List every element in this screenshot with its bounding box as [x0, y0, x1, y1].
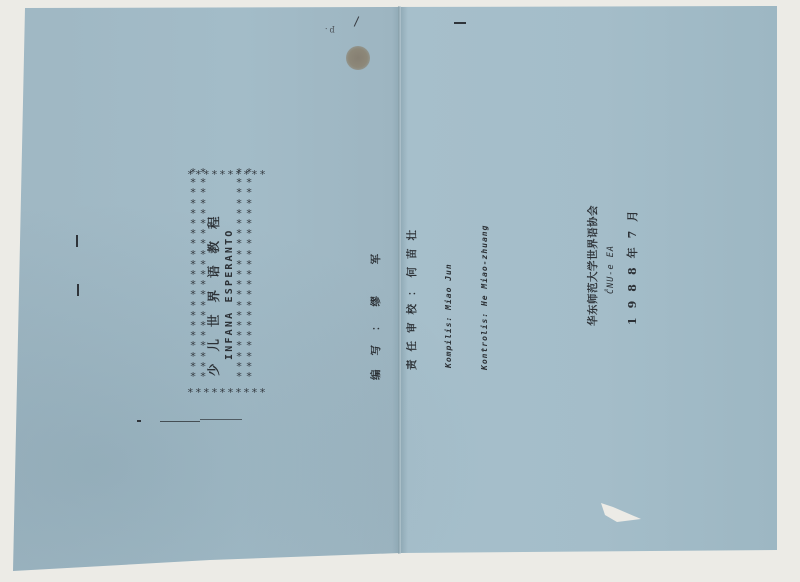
- margin-mark: [137, 420, 141, 422]
- publisher: 华东师范大学世界语协会: [585, 205, 600, 326]
- publisher-abbreviation: ĈNU-e EA: [606, 245, 616, 294]
- underline-mark: [200, 419, 242, 420]
- page-marker: p.: [323, 26, 335, 35]
- center-fold: [398, 6, 401, 554]
- star-border-top: **********: [187, 168, 255, 181]
- margin-mark: [76, 235, 78, 247]
- star-border-bottom: **********: [187, 386, 255, 399]
- title-chinese: 少儿世界语教程: [204, 204, 222, 376]
- reviewer-line: 责任审校：何苗壮: [404, 222, 419, 370]
- margin-mark: [77, 284, 79, 296]
- publication-date: 1988年7月: [624, 202, 640, 325]
- underline-mark: [160, 421, 200, 422]
- ink-stain: [346, 46, 370, 70]
- top-pen-mark: [454, 22, 466, 24]
- star-border-right: *********************: [243, 168, 255, 398]
- kontrolis-line: Kontrolis: He Miao-zhuang: [480, 225, 489, 370]
- author-line: 编写：缪 军: [368, 240, 383, 380]
- title-esperanto: INFANA ESPERANTO: [224, 228, 235, 360]
- kompilis-line: Kompilis: Miao Jun: [444, 263, 453, 368]
